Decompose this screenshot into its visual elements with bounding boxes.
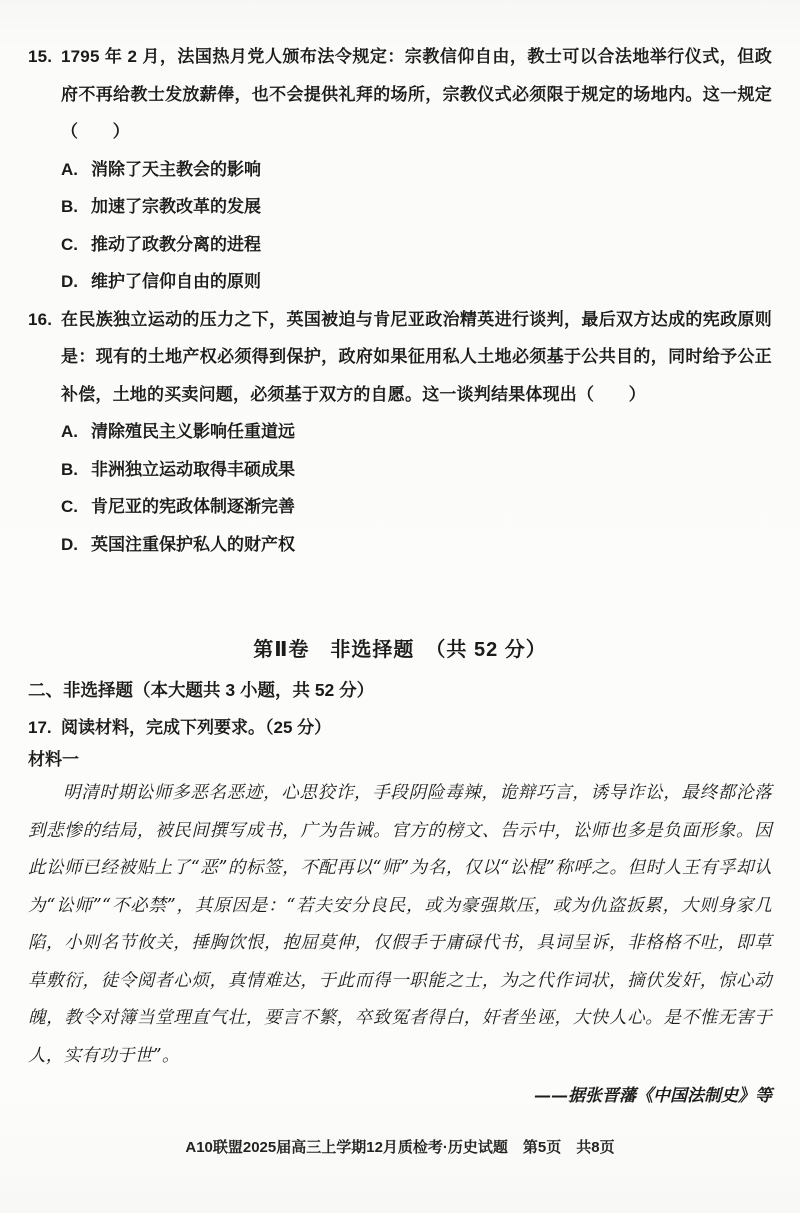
option-label: C. xyxy=(61,488,91,526)
question-17-head: 17. 阅读材料，完成下列要求。（25 分） xyxy=(28,713,772,743)
option-label: D. xyxy=(61,526,91,564)
material-one-label: 材料一 xyxy=(28,745,772,775)
question-16-option-b: B. 非洲独立运动取得丰硕成果 xyxy=(61,451,772,489)
question-16-options: A. 清除殖民主义影响任重道远 B. 非洲独立运动取得丰硕成果 C. 肯尼亚的宪… xyxy=(28,413,772,563)
option-text: 维护了信仰自由的原则 xyxy=(91,263,772,301)
question-15-options: A. 消除了天主教会的影响 B. 加速了宗教改革的发展 C. 推动了政教分离的进… xyxy=(28,151,772,301)
material-one-text: 明清时期讼师多恶名恶迹，心思狡诈，手段阴险毒辣，诡辩巧言，诱导诈讼，最终都沦落到… xyxy=(28,775,772,1075)
option-label: B. xyxy=(61,188,91,226)
option-text: 英国注重保护私人的财产权 xyxy=(91,526,772,564)
part-title: 二、非选择题（本大题共 3 小题，共 52 分） xyxy=(28,675,772,705)
volume-title: 第Ⅱ卷 非选择题 （共 52 分） xyxy=(28,635,772,665)
option-label: C. xyxy=(61,226,91,264)
option-text: 消除了天主教会的影响 xyxy=(91,151,772,189)
question-16-option-c: C. 肯尼亚的宪政体制逐渐完善 xyxy=(61,488,772,526)
option-label: A. xyxy=(61,151,91,189)
exam-page: 15. 1795 年 2 月，法国热月党人颁布法令规定：宗教信仰自由，教士可以合… xyxy=(0,0,800,1213)
question-15-stem: 1795 年 2 月，法国热月党人颁布法令规定：宗教信仰自由，教士可以合法地举行… xyxy=(61,38,772,151)
option-text: 推动了政教分离的进程 xyxy=(91,226,772,264)
material-one-attribution: ——据张晋藩《中国法制史》等 xyxy=(28,1081,772,1111)
question-16-option-d: D. 英国注重保护私人的财产权 xyxy=(61,526,772,564)
option-text: 清除殖民主义影响任重道远 xyxy=(91,413,772,451)
option-label: B. xyxy=(61,451,91,489)
option-text: 加速了宗教改革的发展 xyxy=(91,188,772,226)
page-footer: A10联盟2025届高三上学期12月质检考·历史试题 第5页 共8页 xyxy=(28,1137,772,1159)
question-17-instruction: 阅读材料，完成下列要求。（25 分） xyxy=(61,713,331,743)
question-15-option-d: D. 维护了信仰自由的原则 xyxy=(61,263,772,301)
question-16-stem: 在民族独立运动的压力之下，英国被迫与肯尼亚政治精英进行谈判，最后双方达成的宪政原… xyxy=(61,301,772,414)
question-16-option-a: A. 清除殖民主义影响任重道远 xyxy=(61,413,772,451)
question-17-number: 17. xyxy=(28,713,61,743)
question-16: 16. 在民族独立运动的压力之下，英国被迫与肯尼亚政治精英进行谈判，最后双方达成… xyxy=(28,301,772,414)
question-16-number: 16. xyxy=(28,301,61,414)
question-15: 15. 1795 年 2 月，法国热月党人颁布法令规定：宗教信仰自由，教士可以合… xyxy=(28,38,772,151)
question-15-number: 15. xyxy=(28,38,61,151)
question-15-option-c: C. 推动了政教分离的进程 xyxy=(61,226,772,264)
option-label: A. xyxy=(61,413,91,451)
option-label: D. xyxy=(61,263,91,301)
option-text: 肯尼亚的宪政体制逐渐完善 xyxy=(91,488,772,526)
option-text: 非洲独立运动取得丰硕成果 xyxy=(91,451,772,489)
question-15-option-a: A. 消除了天主教会的影响 xyxy=(61,151,772,189)
question-15-option-b: B. 加速了宗教改革的发展 xyxy=(61,188,772,226)
